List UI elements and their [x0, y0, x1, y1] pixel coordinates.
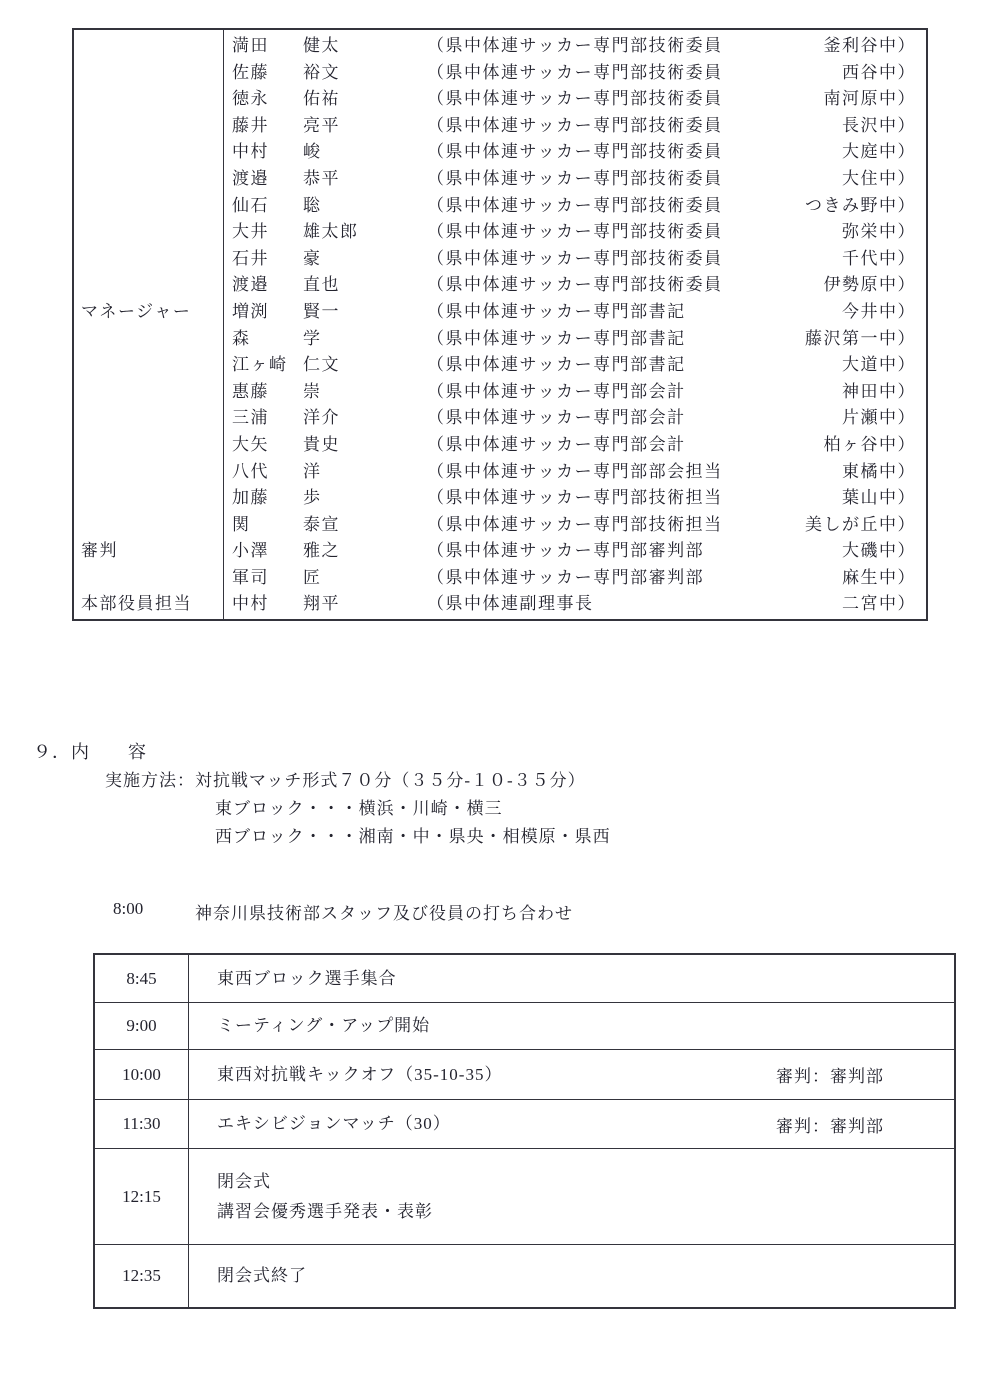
person-name: 渡邉恭平 — [232, 166, 427, 193]
person-surname: 佐藤 — [232, 60, 303, 87]
staff-row: 藤井亮平 （県中体連サッカー専門部技術委員 長沢中） — [232, 113, 916, 140]
person-surname: 軍司 — [232, 565, 303, 592]
role-label — [74, 33, 223, 60]
time-cell: 8:45 — [95, 955, 189, 1002]
role-label — [74, 379, 223, 406]
person-surname: 森 — [232, 326, 303, 353]
person-school: 東橘中） — [842, 459, 916, 486]
person-given-name: 聡 — [303, 196, 322, 215]
person-name: 仙石聡 — [232, 193, 427, 220]
person-given-name: 峻 — [303, 142, 322, 161]
person-given-name: 歩 — [303, 488, 322, 507]
person-school: 藤沢第一中） — [805, 326, 916, 353]
person-surname: 渡邉 — [232, 166, 303, 193]
person-school: 二宮中） — [842, 591, 916, 618]
schedule-table: 8:45 東西ブロック選手集合 9:00 ミーティング・アップ開始 10:00 — [93, 953, 956, 1309]
person-affiliation: （県中体連サッカー専門部書記 — [427, 299, 842, 326]
event-cell: ミーティング・アップ開始 — [189, 1003, 776, 1049]
staff-row: 関泰宣 （県中体連サッカー専門部技術担当 美しが丘中） — [232, 512, 916, 539]
referee-cell — [776, 1245, 954, 1307]
role-label — [74, 166, 223, 193]
role-label — [74, 246, 223, 273]
staff-row: 石井豪 （県中体連サッカー専門部技術委員 千代中） — [232, 246, 916, 273]
staff-rows-column: 満田健太 （県中体連サッカー専門部技術委員 釜利谷中） 佐藤裕文 （県中体連サッ… — [224, 30, 926, 619]
meeting-text: 神奈川県技術部スタッフ及び役員の打ち合わせ — [195, 899, 573, 924]
person-school: 麻生中） — [842, 565, 916, 592]
role-label — [74, 139, 223, 166]
role-label: 本部役員担当 — [74, 591, 223, 618]
staff-row: 森学 （県中体連サッカー専門部書記 藤沢第一中） — [232, 326, 916, 353]
staff-row: 仙石聡 （県中体連サッカー専門部技術委員 つきみ野中） — [232, 193, 916, 220]
person-given-name: 直也 — [303, 275, 340, 294]
staff-row: 小澤雅之 （県中体連サッカー専門部審判部 大磯中） — [232, 538, 916, 565]
staff-row: 三浦洋介 （県中体連サッカー専門部会計 片瀬中） — [232, 405, 916, 432]
person-given-name: 貴史 — [303, 435, 340, 454]
staff-row: 惠藤崇 （県中体連サッカー専門部会計 神田中） — [232, 379, 916, 406]
schedule-row: 8:45 東西ブロック選手集合 — [95, 955, 954, 1002]
person-affiliation: （県中体連サッカー専門部部会担当 — [427, 459, 842, 486]
staff-roster-table: マネージャー 審判 本部役員担当 — [72, 28, 928, 621]
person-school: 千代中） — [842, 246, 916, 273]
person-school: つきみ野中） — [805, 193, 916, 220]
person-name: 佐藤裕文 — [232, 60, 427, 87]
person-given-name: 雅之 — [303, 541, 340, 560]
person-affiliation: （県中体連サッカー専門部審判部 — [427, 538, 842, 565]
event-line1: ミーティング・アップ開始 — [217, 1011, 776, 1041]
referee-cell — [776, 955, 954, 1002]
staff-row: 八代洋 （県中体連サッカー専門部部会担当 東橘中） — [232, 459, 916, 486]
person-affiliation: （県中体連サッカー専門部技術委員 — [427, 33, 824, 60]
staff-row: 渡邉直也 （県中体連サッカー専門部技術委員 伊勢原中） — [232, 272, 916, 299]
role-label-column: マネージャー 審判 本部役員担当 — [74, 30, 224, 619]
person-name: 石井豪 — [232, 246, 427, 273]
person-surname: 中村 — [232, 139, 303, 166]
person-school: 伊勢原中） — [824, 272, 917, 299]
event-line1: 閉会式 — [217, 1167, 776, 1197]
role-label — [74, 432, 223, 459]
person-affiliation: （県中体連サッカー専門部技術委員 — [427, 193, 805, 220]
person-name: 軍司匠 — [232, 565, 427, 592]
time-cell: 9:00 — [95, 1003, 189, 1049]
section-9-heading: ９．内 容 — [33, 738, 147, 764]
role-label — [74, 485, 223, 512]
person-school: 今井中） — [842, 299, 916, 326]
person-school: 美しが丘中） — [805, 512, 916, 539]
person-affiliation: （県中体連サッカー専門部技術委員 — [427, 139, 842, 166]
person-school: 西谷中） — [842, 60, 916, 87]
role-label — [74, 352, 223, 379]
event-line2: 講習会優秀選手発表・表彰 — [217, 1197, 776, 1227]
role-label — [74, 272, 223, 299]
role-label: 審判 — [74, 538, 223, 565]
event-cell: 東西対抗戦キックオフ（35-10-35） — [189, 1050, 776, 1099]
person-surname: 藤井 — [232, 113, 303, 140]
referee-cell — [776, 1003, 954, 1049]
person-surname: 増渕 — [232, 299, 303, 326]
person-affiliation: （県中体連サッカー専門部技術担当 — [427, 485, 842, 512]
person-given-name: 学 — [303, 329, 322, 348]
person-name: 藤井亮平 — [232, 113, 427, 140]
person-surname: 江ヶ崎 — [232, 352, 303, 379]
person-affiliation: （県中体連サッカー専門部会計 — [427, 432, 824, 459]
person-given-name: 崇 — [303, 382, 322, 401]
person-school: 大道中） — [842, 352, 916, 379]
person-school: 神田中） — [842, 379, 916, 406]
person-given-name: 裕文 — [303, 63, 340, 82]
person-affiliation: （県中体連サッカー専門部書記 — [427, 352, 842, 379]
west-block-line: 西ブロック・・・湘南・中・県央・相模原・県西 — [215, 822, 611, 847]
method-line: 実施方法：対抗戦マッチ形式７０分（３５分-１０-３５分） — [105, 766, 586, 791]
person-surname: 加藤 — [232, 485, 303, 512]
person-name: 満田健太 — [232, 33, 427, 60]
schedule-row: 9:00 ミーティング・アップ開始 — [95, 1002, 954, 1049]
staff-row: 中村峻 （県中体連サッカー専門部技術委員 大庭中） — [232, 139, 916, 166]
person-affiliation: （県中体連サッカー専門部技術委員 — [427, 86, 824, 113]
staff-row: 軍司匠 （県中体連サッカー専門部審判部 麻生中） — [232, 565, 916, 592]
person-given-name: 翔平 — [303, 594, 340, 613]
role-label — [74, 459, 223, 486]
person-given-name: 仁文 — [303, 355, 340, 374]
person-name: 加藤歩 — [232, 485, 427, 512]
person-affiliation: （県中体連サッカー専門部技術担当 — [427, 512, 805, 539]
person-given-name: 匠 — [303, 568, 322, 587]
person-name: 八代洋 — [232, 459, 427, 486]
person-name: 渡邉直也 — [232, 272, 427, 299]
person-name: 関泰宣 — [232, 512, 427, 539]
referee-cell: 審判：審判部 — [776, 1050, 954, 1099]
person-surname: 小澤 — [232, 538, 303, 565]
staff-row: 江ヶ崎仁文 （県中体連サッカー専門部書記 大道中） — [232, 352, 916, 379]
person-surname: 石井 — [232, 246, 303, 273]
person-given-name: 佑祐 — [303, 89, 340, 108]
staff-row: 佐藤裕文 （県中体連サッカー専門部技術委員 西谷中） — [232, 60, 916, 87]
person-name: 大矢貴史 — [232, 432, 427, 459]
event-line1: 東西対抗戦キックオフ（35-10-35） — [217, 1060, 776, 1090]
staff-row: 大矢貴史 （県中体連サッカー専門部会計 柏ヶ谷中） — [232, 432, 916, 459]
role-label — [74, 219, 223, 246]
staff-row: 徳永佑祐 （県中体連サッカー専門部技術委員 南河原中） — [232, 86, 916, 113]
person-affiliation: （県中体連サッカー専門部技術委員 — [427, 219, 842, 246]
person-surname: 徳永 — [232, 86, 303, 113]
event-cell: エキシビジョンマッチ（30） — [189, 1100, 776, 1148]
person-given-name: 健太 — [303, 36, 340, 55]
person-surname: 三浦 — [232, 405, 303, 432]
person-surname: 中村 — [232, 591, 303, 618]
person-name: 中村峻 — [232, 139, 427, 166]
time-cell: 12:35 — [95, 1245, 189, 1307]
person-school: 長沢中） — [842, 113, 916, 140]
east-block-line: 東ブロック・・・横浜・川崎・横三 — [215, 794, 503, 819]
person-affiliation: （県中体連サッカー専門部会計 — [427, 379, 842, 406]
staff-row: 増渕賢一 （県中体連サッカー専門部書記 今井中） — [232, 299, 916, 326]
person-name: 中村翔平 — [232, 591, 427, 618]
person-affiliation: （県中体連サッカー専門部技術委員 — [427, 113, 842, 140]
person-surname: 仙石 — [232, 193, 303, 220]
person-given-name: 賢一 — [303, 302, 340, 321]
person-surname: 渡邉 — [232, 272, 303, 299]
schedule-row: 12:35 閉会式終了 — [95, 1244, 954, 1307]
person-given-name: 亮平 — [303, 116, 340, 135]
staff-row: 渡邉恭平 （県中体連サッカー専門部技術委員 大住中） — [232, 166, 916, 193]
person-surname: 八代 — [232, 459, 303, 486]
person-surname: 大井 — [232, 219, 303, 246]
role-label — [74, 60, 223, 87]
staff-row: 満田健太 （県中体連サッカー専門部技術委員 釜利谷中） — [232, 33, 916, 60]
time-cell: 10:00 — [95, 1050, 189, 1099]
person-given-name: 雄太郎 — [303, 222, 359, 241]
person-surname: 大矢 — [232, 432, 303, 459]
event-line1: 東西ブロック選手集合 — [217, 964, 776, 994]
person-name: 三浦洋介 — [232, 405, 427, 432]
role-label — [74, 326, 223, 353]
person-given-name: 洋介 — [303, 408, 340, 427]
staff-row: 中村翔平 （県中体連副理事長 二宮中） — [232, 591, 916, 618]
role-label — [74, 193, 223, 220]
time-cell: 12:15 — [95, 1149, 189, 1244]
person-name: 森学 — [232, 326, 427, 353]
event-line1: 閉会式終了 — [217, 1261, 776, 1291]
referee-cell — [776, 1149, 954, 1244]
person-surname: 満田 — [232, 33, 303, 60]
role-label — [74, 405, 223, 432]
person-affiliation: （県中体連サッカー専門部技術委員 — [427, 272, 824, 299]
schedule-row: 11:30 エキシビジョンマッチ（30） 審判：審判部 — [95, 1099, 954, 1148]
person-name: 江ヶ崎仁文 — [232, 352, 427, 379]
person-name: 徳永佑祐 — [232, 86, 427, 113]
person-school: 大磯中） — [842, 538, 916, 565]
person-school: 弥栄中） — [842, 219, 916, 246]
schedule-row: 12:15 閉会式 講習会優秀選手発表・表彰 — [95, 1148, 954, 1244]
person-affiliation: （県中体連副理事長 — [427, 591, 842, 618]
event-cell: 閉会式 講習会優秀選手発表・表彰 — [189, 1149, 776, 1244]
person-name: 惠藤崇 — [232, 379, 427, 406]
role-label: マネージャー — [74, 299, 223, 326]
person-name: 大井雄太郎 — [232, 219, 427, 246]
staff-row: 加藤歩 （県中体連サッカー専門部技術担当 葉山中） — [232, 485, 916, 512]
person-school: 大住中） — [842, 166, 916, 193]
person-school: 柏ヶ谷中） — [824, 432, 917, 459]
person-name: 小澤雅之 — [232, 538, 427, 565]
person-name: 増渕賢一 — [232, 299, 427, 326]
person-given-name: 泰宣 — [303, 515, 340, 534]
person-given-name: 恭平 — [303, 169, 340, 188]
role-label — [74, 86, 223, 113]
person-affiliation: （県中体連サッカー専門部技術委員 — [427, 60, 842, 87]
person-surname: 関 — [232, 512, 303, 539]
person-affiliation: （県中体連サッカー専門部審判部 — [427, 565, 842, 592]
person-given-name: 洋 — [303, 462, 322, 481]
time-cell: 11:30 — [95, 1100, 189, 1148]
person-surname: 惠藤 — [232, 379, 303, 406]
staff-row: 大井雄太郎 （県中体連サッカー専門部技術委員 弥栄中） — [232, 219, 916, 246]
event-line1: エキシビジョンマッチ（30） — [217, 1109, 776, 1139]
person-given-name: 豪 — [303, 249, 322, 268]
role-label — [74, 565, 223, 592]
person-school: 葉山中） — [842, 485, 916, 512]
meeting-time: 8:00 — [113, 899, 143, 919]
person-school: 南河原中） — [824, 86, 917, 113]
schedule-row: 10:00 東西対抗戦キックオフ（35-10-35） 審判：審判部 — [95, 1049, 954, 1099]
event-cell: 東西ブロック選手集合 — [189, 955, 776, 1002]
event-cell: 閉会式終了 — [189, 1245, 776, 1307]
person-school: 大庭中） — [842, 139, 916, 166]
role-label — [74, 512, 223, 539]
person-school: 片瀬中） — [842, 405, 916, 432]
person-affiliation: （県中体連サッカー専門部技術委員 — [427, 166, 842, 193]
person-affiliation: （県中体連サッカー専門部書記 — [427, 326, 805, 353]
person-school: 釜利谷中） — [824, 33, 917, 60]
referee-cell: 審判：審判部 — [776, 1100, 954, 1148]
person-affiliation: （県中体連サッカー専門部技術委員 — [427, 246, 842, 273]
person-affiliation: （県中体連サッカー専門部会計 — [427, 405, 842, 432]
document-page: マネージャー 審判 本部役員担当 — [0, 0, 1000, 1387]
role-label — [74, 113, 223, 140]
